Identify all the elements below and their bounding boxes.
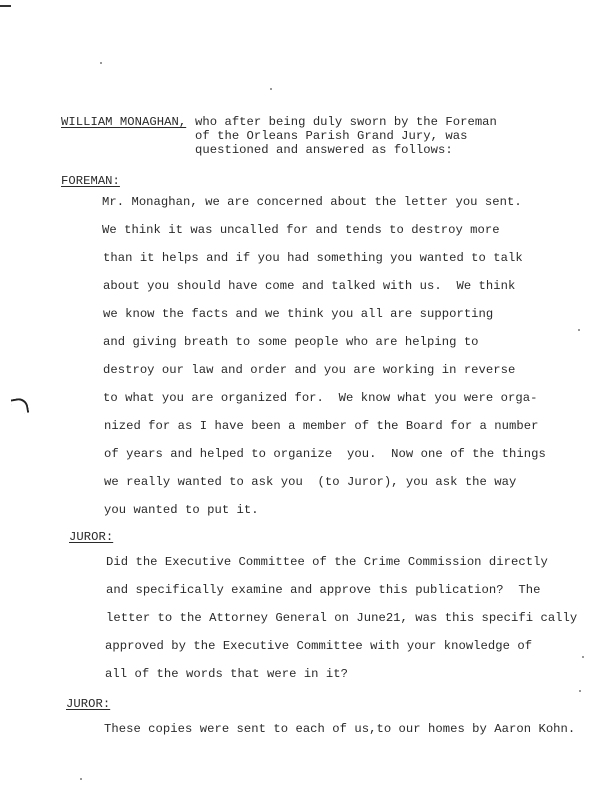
document-page: WILLIAM MONAGHAN, who after being duly s… bbox=[0, 0, 612, 791]
speaker-label-foreman: FOREMAN: bbox=[61, 174, 120, 188]
testimony-line: we know the facts and we think you all a… bbox=[103, 307, 493, 321]
testimony-line: you wanted to put it. bbox=[104, 503, 259, 517]
speaker-label-juror: JUROR: bbox=[66, 697, 110, 711]
testimony-line: destroy our law and order and you are wo… bbox=[103, 363, 515, 377]
testimony-line: and specifically examine and approve thi… bbox=[106, 583, 540, 597]
witness-name: WILLIAM MONAGHAN, bbox=[61, 115, 186, 129]
testimony-line: letter to the Attorney General on June21… bbox=[106, 611, 577, 625]
header-line: of the Orleans Parish Grand Jury, was bbox=[195, 129, 467, 143]
scan-mark-top-left bbox=[0, 5, 11, 7]
scan-speck bbox=[80, 778, 82, 780]
header-line: questioned and answered as follows: bbox=[195, 143, 453, 157]
speaker-label-juror: JUROR: bbox=[69, 530, 113, 544]
testimony-line: to what you are organized for. We know w… bbox=[103, 391, 537, 405]
testimony-line: These copies were sent to each of us,to … bbox=[104, 722, 575, 736]
scan-speck bbox=[100, 62, 102, 64]
scan-speck bbox=[270, 88, 272, 90]
testimony-line: nized for as I have been a member of the… bbox=[104, 419, 538, 433]
testimony-line: than it helps and if you had something y… bbox=[103, 251, 523, 265]
header-line: who after being duly sworn by the Forema… bbox=[195, 115, 497, 129]
testimony-line: we really wanted to ask you (to Juror), … bbox=[104, 475, 516, 489]
scan-speck bbox=[582, 656, 584, 658]
scan-speck bbox=[579, 690, 581, 692]
testimony-line: and giving breath to some people who are… bbox=[103, 335, 479, 349]
testimony-line: Mr. Monaghan, we are concerned about the… bbox=[102, 195, 522, 209]
testimony-line: about you should have come and talked wi… bbox=[103, 279, 515, 293]
scan-speck bbox=[578, 329, 580, 331]
testimony-line: approved by the Executive Committee with… bbox=[105, 639, 532, 653]
testimony-line: all of the words that were in it? bbox=[105, 667, 348, 681]
scan-mark-left-arc bbox=[11, 397, 30, 416]
testimony-line: We think it was uncalled for and tends t… bbox=[102, 223, 500, 237]
testimony-line: of years and helped to organize you. Now… bbox=[104, 447, 546, 461]
testimony-line: Did the Executive Committee of the Crime… bbox=[106, 555, 548, 569]
